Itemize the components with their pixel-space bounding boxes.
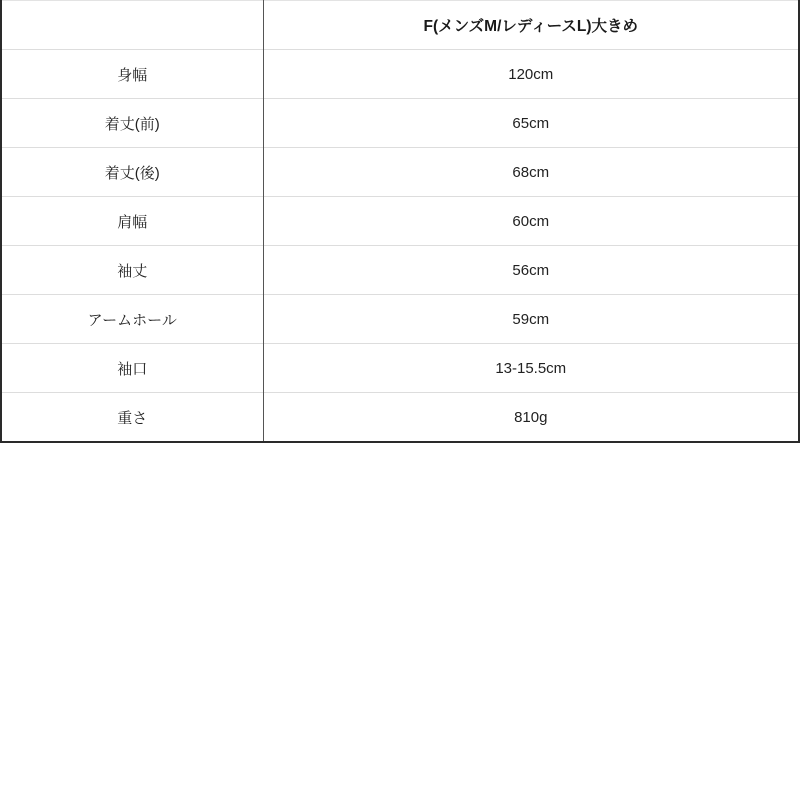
row-label: アームホール [1,295,263,344]
table-row: アームホール 59cm [1,295,799,344]
table-row: 袖丈 56cm [1,246,799,295]
header-empty-cell [1,1,263,50]
table-row: 重さ 810g [1,393,799,443]
row-label: 袖丈 [1,246,263,295]
size-spec-table: F(メンズM/レディースL)大きめ 身幅 120cm 着丈(前) 65cm 着丈… [0,0,800,443]
table-row: 肩幅 60cm [1,197,799,246]
row-value: 60cm [263,197,799,246]
row-value: 810g [263,393,799,443]
row-label: 着丈(前) [1,99,263,148]
row-label: 重さ [1,393,263,443]
row-label: 袖口 [1,344,263,393]
table-row: 身幅 120cm [1,50,799,99]
row-value: 56cm [263,246,799,295]
row-value: 59cm [263,295,799,344]
row-label: 着丈(後) [1,148,263,197]
table-row: 着丈(後) 68cm [1,148,799,197]
row-value: 13-15.5cm [263,344,799,393]
header-size-cell: F(メンズM/レディースL)大きめ [263,1,799,50]
row-value: 120cm [263,50,799,99]
page: F(メンズM/レディースL)大きめ 身幅 120cm 着丈(前) 65cm 着丈… [0,0,800,800]
row-value: 65cm [263,99,799,148]
row-value: 68cm [263,148,799,197]
row-label: 身幅 [1,50,263,99]
row-label: 肩幅 [1,197,263,246]
table-row: 着丈(前) 65cm [1,99,799,148]
table-row: 袖口 13-15.5cm [1,344,799,393]
table-header-row: F(メンズM/レディースL)大きめ [1,1,799,50]
